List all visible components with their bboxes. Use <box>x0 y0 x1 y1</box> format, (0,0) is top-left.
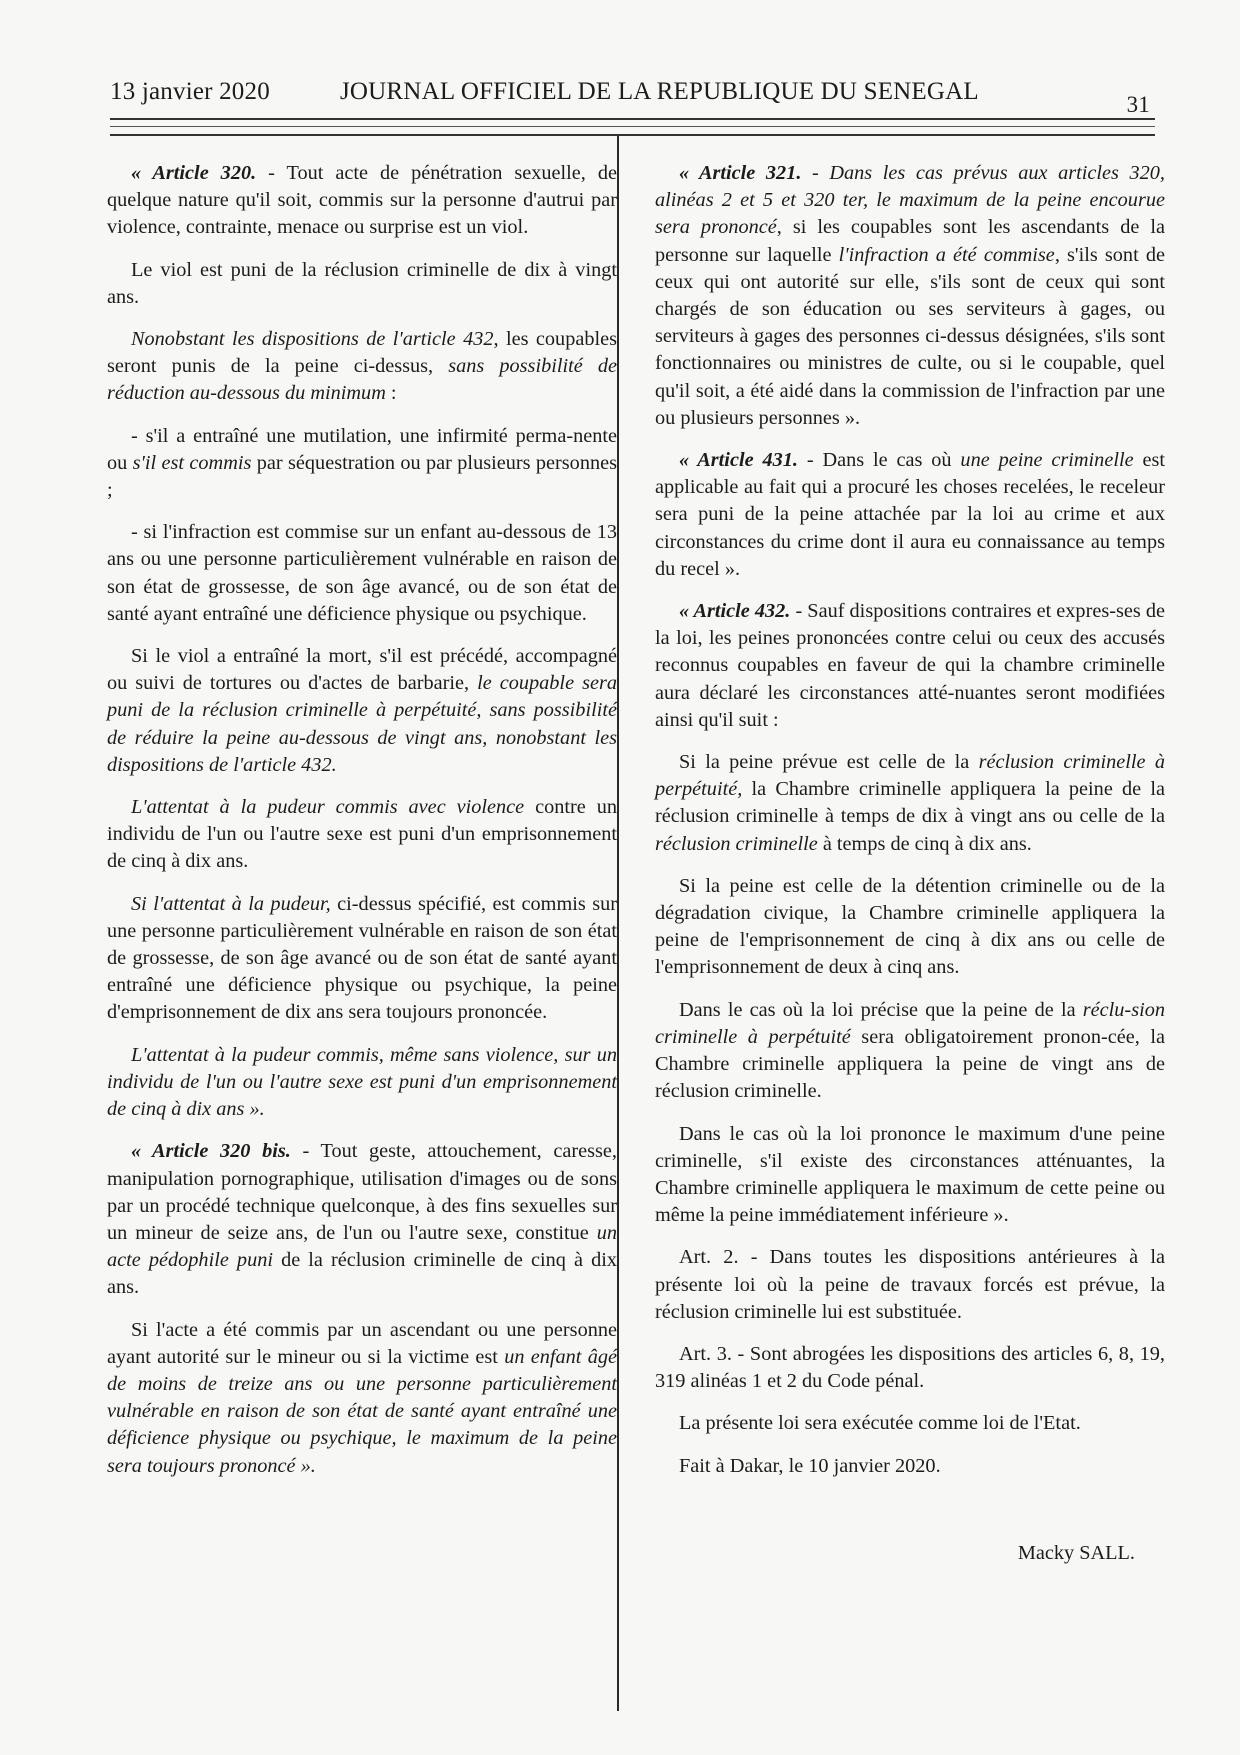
paragraph: - si l'infraction est commise sur un enf… <box>107 519 617 628</box>
article-heading: « Article 321. <box>679 162 801 184</box>
right-column: « Article 321. - Dans les cas prévus aux… <box>655 160 1165 1582</box>
paragraph: L'attentat à la pudeur commis, même sans… <box>107 1042 617 1124</box>
paragraph: Si la peine est celle de la détention cr… <box>655 873 1165 982</box>
paragraph: « Article 320. - Tout acte de pénétratio… <box>107 160 617 242</box>
text-segment: réclusion criminelle <box>655 833 818 855</box>
paragraph: Dans le cas où la loi prononce le maximu… <box>655 1121 1165 1230</box>
paragraph: « Article 321. - Dans les cas prévus aux… <box>655 160 1165 432</box>
text-segment: à temps de cinq à dix ans. <box>818 833 1032 855</box>
text-segment: Le viol est puni de la réclusion crimine… <box>107 259 617 308</box>
paragraph: « Article 320 bis. - Tout geste, attouch… <box>107 1138 617 1301</box>
header-rule <box>110 126 1155 127</box>
paragraph: Le viol est puni de la réclusion crimine… <box>107 257 617 311</box>
paragraph: « Article 432. - Sauf dispositions contr… <box>655 598 1165 734</box>
paragraph: Si l'attentat à la pudeur, ci-dessus spé… <box>107 891 617 1027</box>
paragraph: La présente loi sera exécutée comme loi … <box>655 1410 1165 1437</box>
text-segment: L'attentat à la pudeur commis avec viole… <box>131 796 524 818</box>
text-segment: Dans le cas où la loi précise que la pei… <box>679 999 1083 1021</box>
paragraph: Si l'acte a été commis par un ascendant … <box>107 1317 617 1480</box>
text-segment: Fait à Dakar, le 10 janvier 2020. <box>679 1455 941 1477</box>
text-segment: - si l'infraction est commise sur un enf… <box>107 521 617 625</box>
text-segment: Nonobstant les dispositions de l'article… <box>131 328 494 350</box>
article-heading: « Article 320. <box>131 162 256 184</box>
header-rule <box>110 118 1155 120</box>
text-segment: Art. 3. - Sont abrogées les dispositions… <box>655 1343 1165 1392</box>
article-heading: « Article 320 bis. <box>131 1140 291 1162</box>
paragraph: Dans le cas où la loi précise que la pei… <box>655 997 1165 1106</box>
text-segment: une peine criminelle <box>960 449 1133 471</box>
text-segment: l'infraction a été commise <box>839 244 1055 266</box>
paragraph: Fait à Dakar, le 10 janvier 2020. <box>655 1453 1165 1480</box>
paragraph: « Article 431. - Dans le cas où une pein… <box>655 447 1165 583</box>
text-segment: Si la peine est celle de la détention cr… <box>655 875 1165 979</box>
signature: Macky SALL. <box>655 1540 1165 1567</box>
left-column: « Article 320. - Tout acte de pénétratio… <box>107 160 617 1495</box>
page-header: 13 janvier 2020 JOURNAL OFFICIEL DE LA R… <box>110 78 1150 118</box>
text-segment: - Dans le cas où <box>798 449 960 471</box>
text-segment: Si l'attentat à la pudeur, <box>131 893 331 915</box>
column-divider <box>617 136 619 1711</box>
text-segment: Si la peine prévue est celle de la <box>679 751 979 773</box>
issue-date: 13 janvier 2020 <box>110 78 270 106</box>
paragraph: - s'il a entraîné une mutilation, une in… <box>107 423 617 505</box>
text-segment: s'il est commis <box>133 452 252 474</box>
text-segment: La présente loi sera exécutée comme loi … <box>679 1412 1081 1434</box>
text-segment: L'attentat à la pudeur commis, même sans… <box>107 1044 617 1120</box>
paragraph: Si la peine prévue est celle de la réclu… <box>655 749 1165 858</box>
page-number: 31 <box>1127 92 1150 118</box>
text-segment: : <box>386 382 397 404</box>
text-segment: Art. 2. - Dans toutes les dispositions a… <box>655 1246 1165 1322</box>
journal-title: JOURNAL OFFICIEL DE LA REPUBLIQUE DU SEN… <box>340 78 979 106</box>
header-rule <box>110 134 1155 136</box>
paragraph: Art. 3. - Sont abrogées les dispositions… <box>655 1341 1165 1395</box>
paragraph: L'attentat à la pudeur commis avec viole… <box>107 794 617 876</box>
paragraph: Nonobstant les dispositions de l'article… <box>107 326 617 408</box>
article-heading: « Article 432. <box>679 600 790 622</box>
text-segment: Dans le cas où la loi prononce le maximu… <box>655 1123 1165 1227</box>
text-segment: - <box>801 162 829 184</box>
paragraph: Art. 2. - Dans toutes les dispositions a… <box>655 1244 1165 1326</box>
paragraph: Si le viol a entraîné la mort, s'il est … <box>107 643 617 779</box>
text-segment: , s'ils sont de ceux qui ont autorité su… <box>655 244 1165 429</box>
article-heading: « Article 431. <box>679 449 798 471</box>
